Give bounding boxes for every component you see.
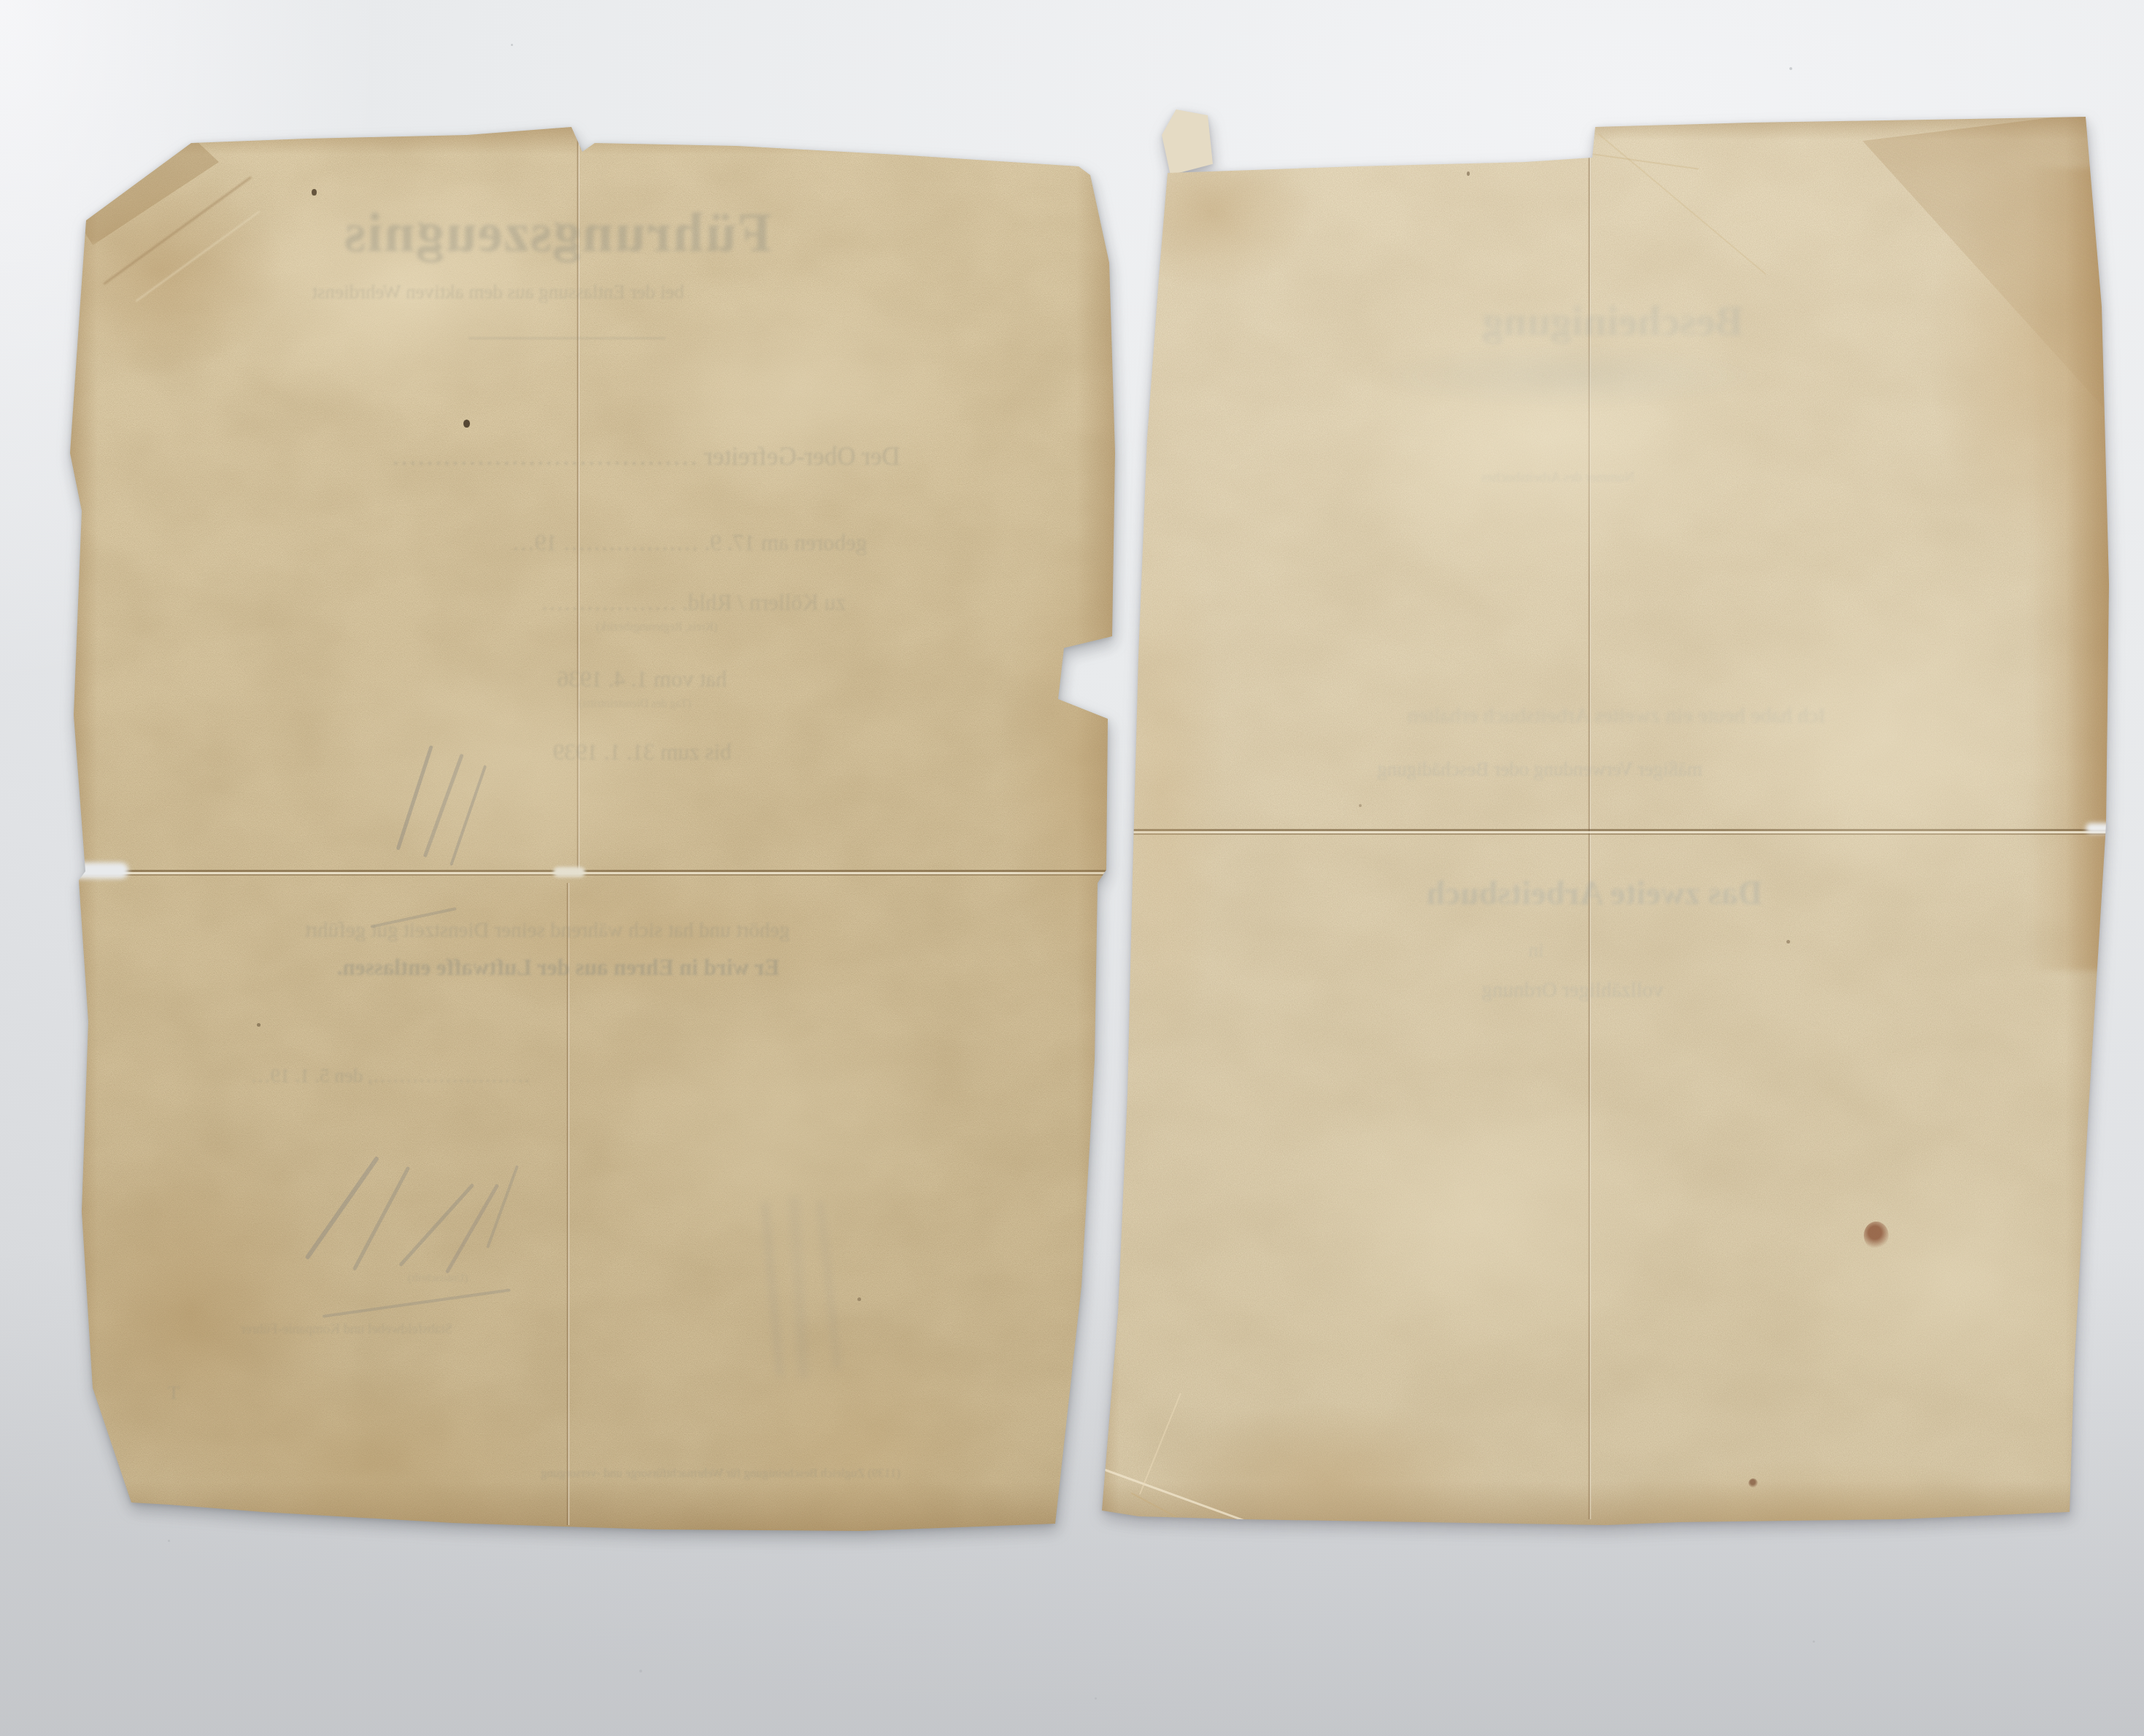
bleed-caption-signature: (Unterschrift) bbox=[343, 1273, 533, 1285]
dust-speck bbox=[1095, 1697, 1097, 1700]
bleed-heading-right: Bescheinigung bbox=[1387, 299, 1839, 344]
right-paper-folded-corner-tab bbox=[1162, 109, 1213, 175]
left-paper-bleed-text-layer: Führungszeugnisbei der Entlassung aus de… bbox=[66, 117, 1127, 1540]
bleed-line-from: hat vom 1. 4. 1936 bbox=[474, 668, 810, 692]
bleed-line-place: zu Köllern / Rhld. ……………… bbox=[467, 591, 919, 615]
dust-speck bbox=[1813, 1640, 1815, 1643]
bleed-subheading: bei der Entlassung aus dem aktiven Wehrd… bbox=[304, 282, 692, 302]
right-paper-left-edge-tan bbox=[1087, 102, 1119, 1540]
dust-speck bbox=[639, 1670, 642, 1673]
bleed-heading-workbook: Das zweite Arbeitsbuch bbox=[1354, 876, 1835, 911]
dust-speck bbox=[511, 44, 513, 46]
bleed-line-paragraph: gehört und hat sich während seiner Diens… bbox=[219, 919, 876, 941]
bleed-line-damage: mäßiger Verwendung oder Beschädigung bbox=[1314, 759, 1766, 779]
bleed-line-rank: Der Ober-Gefreiter ……………………………… bbox=[314, 444, 978, 471]
right-document: BescheinigungNummer des ArbeitsbuchesIch… bbox=[1087, 102, 2116, 1540]
photo-stage: Führungszeugnisbei der Entlassung aus de… bbox=[0, 0, 2144, 1736]
right-paper-bleed-text-layer: BescheinigungNummer des ArbeitsbuchesIch… bbox=[1087, 102, 2116, 1540]
bleed-line-received: Ich habe heute ein zweites Arbeitsbuch e… bbox=[1266, 704, 1967, 728]
bleed-line-order: vollzähliger Ordnung bbox=[1427, 979, 1719, 1001]
bleed-line-until: bis zum 31. 1. 1939 bbox=[474, 741, 810, 765]
bleed-mark-t: T bbox=[159, 1383, 188, 1403]
dust-speck bbox=[168, 1540, 170, 1542]
left-document: Führungszeugnisbei der Entlassung aus de… bbox=[66, 117, 1127, 1540]
bleed-line-honor: Er wird in Ehren aus der Luftwaffe entla… bbox=[292, 956, 825, 980]
bleed-heading-fuehrungszeugnis: Führungszeugnis bbox=[271, 204, 843, 263]
bleed-caption-entry: (Tag des Diensteintritts) bbox=[504, 698, 766, 711]
bleed-line-number: Nummer des Arbeitsbuches bbox=[1452, 471, 1664, 485]
bleed-caption-kreis: (Kreis, Regierungsbezirk) bbox=[518, 622, 795, 634]
bleed-word-in: in bbox=[1514, 940, 1558, 960]
bleed-line-date: ……………………, den 5. 1. 19… bbox=[208, 1065, 573, 1086]
dust-speck bbox=[1789, 67, 1792, 70]
bleed-fineprint: (1139) Zugleich Bescheinigung für Wehrma… bbox=[478, 1467, 963, 1480]
right-document-wrapper: BescheinigungNummer des ArbeitsbuchesIch… bbox=[1087, 102, 2116, 1540]
bleed-line-born: geboren am 17. 9. ……………… 19… bbox=[398, 531, 982, 555]
bleed-line-officer: Stabsfeldwebel und Kompanie-Führer bbox=[168, 1322, 525, 1337]
left-document-wrapper: Führungszeugnisbei der Entlassung aus de… bbox=[66, 117, 1127, 1540]
